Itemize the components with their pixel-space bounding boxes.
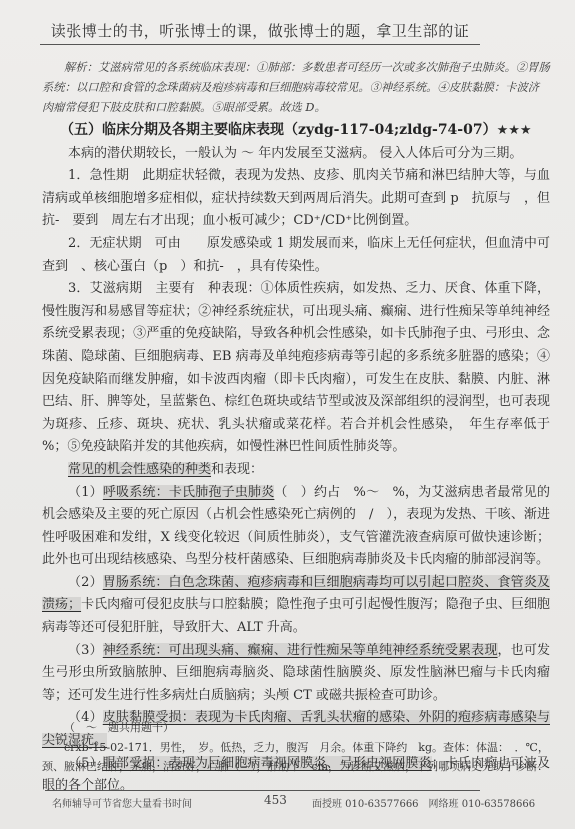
question-stem: crxb-15-02-171．男性， 岁。低热，乏力，腹泻 月余。体重下降约 k… <box>42 738 550 777</box>
stage-2-paragraph: 2．无症状期 可由 原发感染或 1 期发展而来，临床上无任何症状，但血清中可查到… <box>42 233 550 278</box>
highlight: 神经系统：可出现头痛、癫痫、进行性痴呆等单纯神经系统受累表现 <box>103 643 498 658</box>
main-content: （五）临床分期及各期主要临床表现（zydg-117-04;zldg-74-07）… <box>42 119 550 798</box>
stage-1-paragraph: 1．急性期 此期症状轻微，表现为发热、皮疹、肌肉关节痛和淋巴结肿大等，与血清病或… <box>42 165 550 233</box>
page-number: 453 <box>264 793 287 807</box>
infection-item-gastrointestinal: （2）胃肠系统：白色念珠菌、疱疹病毒和巨细胞病毒均可以引起口腔炎、食管炎及溃疡；… <box>42 572 550 640</box>
question-block: （ ～ 题共用题干） crxb-15-02-171．男性， 岁。低热，乏力，腹泻… <box>42 718 550 777</box>
infection-item-respiratory: （1）呼吸系统：卡氏肺孢子虫肺炎（ ）约占 %～ %，为艾滋病患者最常见的机会感… <box>42 482 550 572</box>
importance-stars: ★★★ <box>497 123 532 138</box>
question-group-label: （ ～ 题共用题干） <box>42 718 550 738</box>
footer-divider <box>45 790 480 791</box>
infection-item-nervous: （3）神经系统：可出现头痛、癫痫、进行性痴呆等单纯神经系统受累表现，也可发生弓形… <box>42 640 550 708</box>
document-page: 读张博士的书，听张博士的课，做张博士的题，拿卫生部的证 解析：艾滋病常见的各系统… <box>0 0 575 829</box>
infections-heading: 常见的机会性感染的种类和表现： <box>42 459 550 482</box>
intro-paragraph: 本病的潜伏期较长，一般认为 ～ 年内发展至艾滋病。 侵入人体后可分为三期。 <box>42 143 550 166</box>
highlight: 呼吸系统：卡氏肺孢子虫肺炎 <box>103 485 275 500</box>
analysis-text: 解析：艾滋病常见的各系统临床表现：①肺部：多数患者可经历一次或多次肺孢子虫肺炎。… <box>42 58 550 118</box>
highlight: 常见的机会性感染的种类 <box>68 462 211 477</box>
page-header: 读张博士的书，听张博士的课，做张博士的题，拿卫生部的证 <box>40 20 480 41</box>
section-title: （五）临床分期及各期主要临床表现（zydg-117-04;zldg-74-07） <box>60 122 497 138</box>
stage-3-paragraph: 3．艾滋病期 主要有 种表现：①体质性疾病，如发热、乏力、厌食、体重下降，慢性腹… <box>42 278 550 459</box>
footer-slogan: 名师辅导可节省您大量看书时间 <box>52 795 192 810</box>
header-divider <box>40 44 480 45</box>
analysis-block: 解析：艾滋病常见的各系统临床表现：①肺部：多数患者可经历一次或多次肺孢子虫肺炎。… <box>42 58 550 118</box>
footer-contact: 面授班 010-63577666 网络班 010-63578666 <box>312 795 535 810</box>
